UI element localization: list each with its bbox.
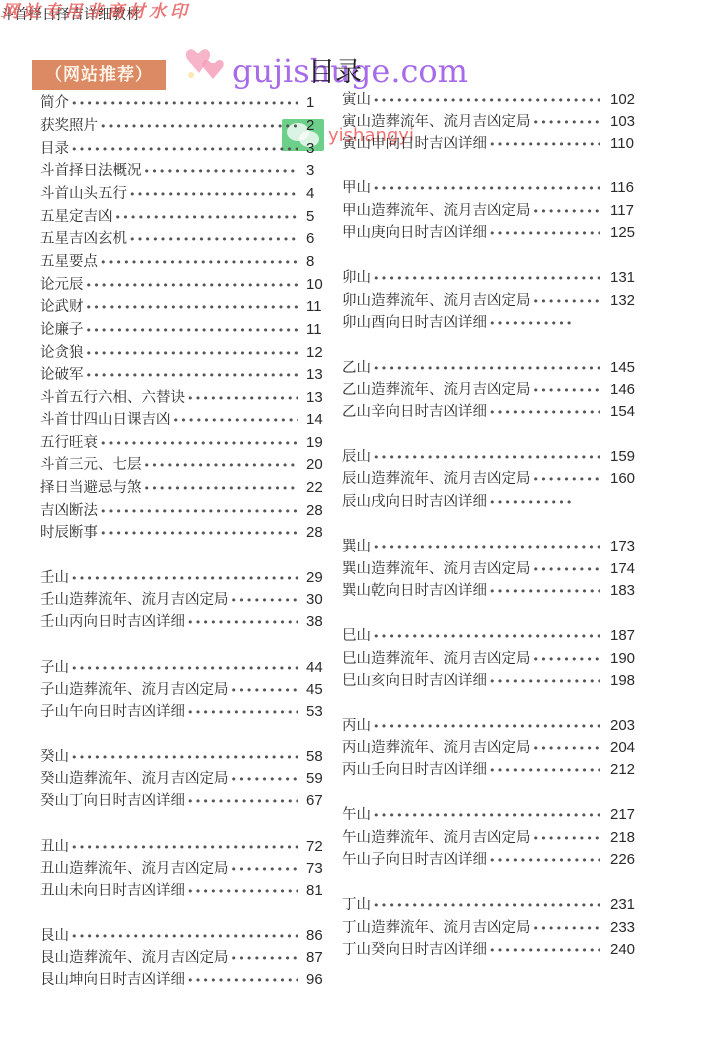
toc-entry-title: 斗首廿四山日课吉凶 [40,408,171,429]
toc-entry[interactable]: 癸山造葬流年、流月吉凶定局•••••••••••••••••••••••••••… [40,767,330,789]
leader-dots: ••••••••••••••••••••••••••••••••••••••••… [373,541,600,554]
toc-entry-title: 壬山丙向日时吉凶详细 [40,610,185,631]
toc-entry[interactable]: 甲山造葬流年、流月吉凶定局•••••••••••••••••••••••••••… [342,199,642,221]
toc-entry[interactable]: 斗首择日法概况•••••••••••••••••••••••••••••••••… [40,159,330,181]
toc-entry-title: 斗首择日法概况 [40,159,142,180]
leader-dots: ••••••••••••••••••••••••••••••••••••••••… [533,653,601,666]
toc-entry[interactable]: 丙山壬向日时吉凶详细••••••••••••••••••••••••••••••… [342,758,642,780]
toc-entry[interactable]: 乙山辛向日时吉凶详细••••••••••••••••••••••••••••••… [342,400,642,422]
toc-entry-page: 13 [300,389,330,406]
leader-dots: ••••••••••••••••••••••••••••••••••••••••… [187,885,298,898]
toc-entry-page: 233 [602,919,642,936]
toc-entry-title: 乙山 [342,356,371,377]
toc-entry-page: 2 [300,117,330,134]
toc-entry[interactable]: 乙山••••••••••••••••••••••••••••••••••••••… [342,356,642,378]
toc-entry-title: 丙山壬向日时吉凶详细 [342,758,487,779]
leader-dots: ••••••••••••••••••••••••••••••••••••••••… [231,773,299,786]
toc-entry[interactable]: 卯山酉向日时吉凶详细••••••••••••••••••••••••••••••… [342,311,642,333]
toc-entry-page: 190 [602,650,642,667]
toc-entry-title: 卯山酉向日时吉凶详细 [342,311,487,332]
leader-dots: ••••••••••••••••••••••••••••••••••••••••… [187,706,298,719]
leader-dots: ••••••••••••••••••••••••••••••••••••••••… [129,233,298,246]
toc-entry-title: 丑山未向日时吉凶详细 [40,879,185,900]
toc-entry-title: 丁山造葬流年、流月吉凶定局 [342,916,531,937]
toc-entry-title: 艮山 [40,924,69,945]
toc-entry-title: 丑山 [40,835,69,856]
toc-entry-title: 论贪狼 [40,341,84,362]
toc-entry-page: 1 [300,94,330,111]
toc-entry[interactable]: 论廉子•••••••••••••••••••••••••••••••••••••… [40,318,330,340]
toc-entry-page: 28 [300,502,330,519]
leader-dots: ••••••••••••••••••••••••••••••••••••••••… [489,675,600,688]
toc-entry-title: 五星要点 [40,250,98,271]
leader-dots: ••••••••••••••••••••••••••••••••••••••••… [100,505,298,518]
toc-entry-title: 甲山 [342,176,371,197]
toc-entry-title: 艮山造葬流年、流月吉凶定局 [40,946,229,967]
toc-entry[interactable]: 获奖照片••••••••••••••••••••••••••••••••••••… [40,114,330,136]
toc-entry[interactable]: 巳山造葬流年、流月吉凶定局•••••••••••••••••••••••••••… [342,647,642,669]
toc-entry-page: 145 [602,359,642,376]
toc-entry[interactable]: 甲山••••••••••••••••••••••••••••••••••••••… [342,176,642,198]
toc-entry-page: 13 [300,366,330,383]
toc-entry-title: 吉凶断法 [40,499,98,520]
leader-dots: ••••••••••••••••••••••••••••••••••••••••… [71,751,298,764]
leader-dots: ••••••••••••••••••••••••••••••••••••••••… [71,841,298,854]
toc-entry[interactable]: 论元辰•••••••••••••••••••••••••••••••••••••… [40,273,330,295]
toc-entry-page: 8 [300,253,330,270]
leader-dots: ••••••••••••••••••••••••••••••••••••••••… [373,182,600,195]
toc-entry[interactable]: 论贪狼•••••••••••••••••••••••••••••••••••••… [40,341,330,363]
toc-entry-page: 103 [602,113,642,130]
toc-entry-page: 19 [300,434,330,451]
leader-dots: ••••••••••••••••••••••••••••••••••••••••… [144,459,299,472]
toc-entry-title: 癸山 [40,745,69,766]
toc-entry[interactable]: 癸山丁向日时吉凶详细••••••••••••••••••••••••••••••… [40,789,330,811]
leader-dots: ••••••••••••••••••••••••••••••••••••••••… [115,211,299,224]
toc-heading: 目录 [308,50,362,89]
leader-dots: ••••••••••••••••••••••••••••••••••••••••… [533,563,601,576]
toc-entry-title: 论廉子 [40,318,84,339]
toc-entry-title: 五星吉凶玄机 [40,227,127,248]
toc-entry-page: 183 [602,582,642,599]
toc-entry-page: 154 [602,403,642,420]
toc-entry-page: 14 [300,411,330,428]
toc-entry-page: 102 [602,91,642,108]
leader-dots: ••••••••••••••••••••••••••••••••••••••••… [533,205,601,218]
toc-entry-title: 巽山乾向日时吉凶详细 [342,579,487,600]
leader-dots: ••••••••••••••••••••••••••••••••••••••••… [187,392,298,405]
toc-entry-page: 110 [602,135,642,152]
toc-entry-title: 甲山造葬流年、流月吉凶定局 [342,199,531,220]
toc-entry[interactable]: 巳山••••••••••••••••••••••••••••••••••••••… [342,624,642,646]
toc-entry-title: 甲山庚向日时吉凶详细 [342,221,487,242]
leader-dots: ••••••••••••••••••••••••••••••••••••••••… [71,97,298,110]
leader-dots: ••••••••••••••••••••••••••••••••••••••••… [489,317,571,330]
leader-dots: ••••••••••••••••••••••••••••••••••••••••… [373,451,600,464]
toc-entry[interactable]: 壬山丙向日时吉凶详细••••••••••••••••••••••••••••••… [40,610,330,632]
toc-entry[interactable]: 卯山••••••••••••••••••••••••••••••••••••••… [342,266,642,288]
leader-dots: ••••••••••••••••••••••••••••••••••••••••… [100,256,298,269]
leader-dots: ••••••••••••••••••••••••••••••••••••••••… [533,922,601,935]
toc-entry[interactable]: 辰山戌向日时吉凶详细••••••••••••••••••••••••••••••… [342,490,642,512]
toc-entry-page: 159 [602,448,642,465]
toc-entry-title: 卯山 [342,266,371,287]
toc-entry-page: 6 [300,230,330,247]
toc-entry[interactable]: 斗首五行六相、六替诀••••••••••••••••••••••••••••••… [40,386,330,408]
toc-entry-page: 160 [602,470,642,487]
toc-entry[interactable]: 巽山••••••••••••••••••••••••••••••••••••••… [342,535,642,557]
leader-dots: ••••••••••••••••••••••••••••••••••••••••… [86,369,299,382]
toc-entry-page: 204 [602,739,642,756]
toc-entry-title: 巳山 [342,624,371,645]
leader-dots: ••••••••••••••••••••••••••••••••••••••••… [144,165,299,178]
toc-entry-title: 午山造葬流年、流月吉凶定局 [342,826,531,847]
leader-dots: ••••••••••••••••••••••••••••••••••••••••… [533,384,601,397]
toc-entry-page: 28 [300,524,330,541]
toc-entry-title: 论破军 [40,363,84,384]
toc-entry-title: 辰山戌向日时吉凶详细 [342,490,487,511]
toc-entry-page: 53 [300,703,330,720]
leader-dots: ••••••••••••••••••••••••••••••••••••••••… [533,295,601,308]
leader-dots: ••••••••••••••••••••••••••••••••••••••••… [187,974,298,987]
recommend-badge: （网站推荐） [32,60,166,90]
leader-dots: ••••••••••••••••••••••••••••••••••••••••… [86,324,299,337]
toc-entry-title: 乙山辛向日时吉凶详细 [342,400,487,421]
leader-dots: ••••••••••••••••••••••••••••••••••••••••… [489,585,600,598]
toc-entry[interactable]: 午山子向日时吉凶详细••••••••••••••••••••••••••••••… [342,848,642,870]
toc-entry-page: 20 [300,456,330,473]
toc-entry-page: 174 [602,560,642,577]
toc-entry[interactable]: 艮山••••••••••••••••••••••••••••••••••••••… [40,924,330,946]
leader-dots: ••••••••••••••••••••••••••••••••••••••••… [86,301,299,314]
leader-dots: ••••••••••••••••••••••••••••••••••••••••… [373,94,600,107]
toc-entry[interactable]: 丑山••••••••••••••••••••••••••••••••••••••… [40,835,330,857]
leader-dots: ••••••••••••••••••••••••••••••••••••••••… [373,899,600,912]
toc-entry-title: 午山子向日时吉凶详细 [342,848,487,869]
toc-entry[interactable]: 壬山造葬流年、流月吉凶定局•••••••••••••••••••••••••••… [40,588,330,610]
leader-dots: ••••••••••••••••••••••••••••••••••••••••… [187,616,298,629]
leader-dots: ••••••••••••••••••••••••••••••••••••••••… [231,863,299,876]
leader-dots: ••••••••••••••••••••••••••••••••••••••••… [86,279,299,292]
toc-entry[interactable]: 丙山造葬流年、流月吉凶定局•••••••••••••••••••••••••••… [342,736,642,758]
leader-dots: ••••••••••••••••••••••••••••••••••••••••… [173,414,299,427]
toc-entry-page: 11 [300,321,330,338]
toc-entry[interactable]: 子山造葬流年、流月吉凶定局•••••••••••••••••••••••••••… [40,678,330,700]
toc-entry[interactable]: 甲山庚向日时吉凶详细••••••••••••••••••••••••••••••… [342,221,642,243]
toc-entry-page: 11 [300,298,330,315]
toc-entry[interactable]: 午山••••••••••••••••••••••••••••••••••••••… [342,803,642,825]
toc-entry[interactable]: 时辰断事••••••••••••••••••••••••••••••••••••… [40,521,330,543]
toc-entry-title: 斗首三元、七层 [40,453,142,474]
toc-entry-title: 寅山 [342,88,371,109]
toc-entry[interactable]: 丑山未向日时吉凶详细••••••••••••••••••••••••••••••… [40,879,330,901]
toc-entry-title: 五行旺衰 [40,431,98,452]
toc-entry-title: 艮山坤向日时吉凶详细 [40,968,185,989]
toc-entry-title: 巽山 [342,535,371,556]
toc-entry-title: 丙山 [342,714,371,735]
toc-entry[interactable]: 五星要点••••••••••••••••••••••••••••••••••••… [40,250,330,272]
toc-entry-title: 丁山癸向日时吉凶详细 [342,938,487,959]
toc-entry-page: 87 [300,949,330,966]
toc-entry[interactable]: 丁山癸向日时吉凶详细••••••••••••••••••••••••••••••… [342,938,642,960]
toc-entry-title: 寅山申向日时吉凶详细 [342,132,487,153]
toc-entry[interactable]: 五行旺衰••••••••••••••••••••••••••••••••••••… [40,431,330,453]
hearts-icon [183,45,233,85]
leader-dots: ••••••••••••••••••••••••••••••••••••••••… [489,764,600,777]
leader-dots: ••••••••••••••••••••••••••••••••••••••••… [100,437,298,450]
leader-dots: ••••••••••••••••••••••••••••••••••••••••… [373,362,600,375]
toc-entry-title: 斗首五行六相、六替诀 [40,386,185,407]
leader-dots: ••••••••••••••••••••••••••••••••••••••••… [71,143,298,156]
toc-entry[interactable]: 壬山••••••••••••••••••••••••••••••••••••••… [40,566,330,588]
toc-entry-page: 218 [602,829,642,846]
toc-entry-page: 217 [602,806,642,823]
toc-entry[interactable]: 辰山造葬流年、流月吉凶定局•••••••••••••••••••••••••••… [342,467,642,489]
toc-entry[interactable]: 辰山••••••••••••••••••••••••••••••••••••••… [342,445,642,467]
toc-entry[interactable]: 吉凶断法••••••••••••••••••••••••••••••••••••… [40,499,330,521]
toc-entry-page: 5 [300,208,330,225]
toc-entry[interactable]: 卯山造葬流年、流月吉凶定局•••••••••••••••••••••••••••… [342,289,642,311]
toc-entry-title: 巳山造葬流年、流月吉凶定局 [342,647,531,668]
toc-entry[interactable]: 论破军•••••••••••••••••••••••••••••••••••••… [40,363,330,385]
toc-entry-page: 30 [300,591,330,608]
toc-entry-title: 丙山造葬流年、流月吉凶定局 [342,736,531,757]
toc-entry-title: 辰山造葬流年、流月吉凶定局 [342,467,531,488]
toc-entry-title: 目录 [40,137,69,158]
toc-entry-page: 45 [300,681,330,698]
toc-entry-page: 146 [602,381,642,398]
toc-entry[interactable]: 丑山造葬流年、流月吉凶定局•••••••••••••••••••••••••••… [40,857,330,879]
toc-entry-title: 斗首山头五行 [40,182,127,203]
toc-entry-page: 198 [602,672,642,689]
toc-entry[interactable]: 丁山造葬流年、流月吉凶定局•••••••••••••••••••••••••••… [342,916,642,938]
toc-entry[interactable]: 艮山造葬流年、流月吉凶定局•••••••••••••••••••••••••••… [40,946,330,968]
toc-entry[interactable]: 丁山••••••••••••••••••••••••••••••••••••••… [342,893,642,915]
toc-entry-page: 10 [300,276,330,293]
toc-entry[interactable]: 斗首廿四山日课吉凶•••••••••••••••••••••••••••••••… [40,408,330,430]
toc-entry[interactable]: 简介••••••••••••••••••••••••••••••••••••••… [40,91,330,113]
toc-entry-page: 59 [300,770,330,787]
leader-dots: ••••••••••••••••••••••••••••••••••••••••… [489,854,600,867]
leader-dots: ••••••••••••••••••••••••••••••••••••••••… [71,572,298,585]
toc-entry-title: 论武财 [40,295,84,316]
leader-dots: ••••••••••••••••••••••••••••••••••••••••… [231,594,299,607]
toc-entry-page: 132 [602,292,642,309]
leader-dots: ••••••••••••••••••••••••••••••••••••••••… [129,188,298,201]
toc-entry-title: 癸山造葬流年、流月吉凶定局 [40,767,229,788]
toc-entry-page: 12 [300,344,330,361]
leader-dots: ••••••••••••••••••••••••••••••••••••••••… [86,347,299,360]
toc-entry-page: 81 [300,882,330,899]
toc-entry-page: 203 [602,717,642,734]
toc-entry[interactable]: 五星吉凶玄机••••••••••••••••••••••••••••••••••… [40,227,330,249]
leader-dots: ••••••••••••••••••••••••••••••••••••••••… [373,272,600,285]
toc-entry-title: 子山造葬流年、流月吉凶定局 [40,678,229,699]
toc-entry-title: 辰山 [342,445,371,466]
toc-entry-page: 226 [602,851,642,868]
toc-entry-page: 231 [602,896,642,913]
toc-entry[interactable]: 巽山造葬流年、流月吉凶定局•••••••••••••••••••••••••••… [342,557,642,579]
toc-entry-page: 117 [602,202,642,219]
leader-dots: ••••••••••••••••••••••••••••••••••••••••… [231,952,299,965]
toc-entry-title: 获奖照片 [40,114,98,135]
toc-entry-page: 3 [300,140,330,157]
toc-entry-page: 3 [300,162,330,179]
toc-entry-title: 简介 [40,91,69,112]
toc-entry[interactable]: 乙山造葬流年、流月吉凶定局•••••••••••••••••••••••••••… [342,378,642,400]
toc-entry-page: 116 [602,179,642,196]
leader-dots: ••••••••••••••••••••••••••••••••••••••••… [144,482,299,495]
leader-dots: ••••••••••••••••••••••••••••••••••••••••… [489,944,600,957]
toc-entry-title: 论元辰 [40,273,84,294]
toc-entry-title: 乙山造葬流年、流月吉凶定局 [342,378,531,399]
toc-entry-page: 240 [602,941,642,958]
toc-entry-page: 38 [300,613,330,630]
toc-entry-title: 丑山造葬流年、流月吉凶定局 [40,857,229,878]
leader-dots: ••••••••••••••••••••••••••••••••••••••••… [373,809,600,822]
toc-entry-page: 29 [300,569,330,586]
toc-entry[interactable]: 丙山••••••••••••••••••••••••••••••••••••••… [342,714,642,736]
toc-entry[interactable]: 五星定吉凶•••••••••••••••••••••••••••••••••••… [40,205,330,227]
toc-entry[interactable]: 寅山••••••••••••••••••••••••••••••••••••••… [342,88,642,110]
leader-dots: ••••••••••••••••••••••••••••••••••••••••… [100,120,298,133]
leader-dots: ••••••••••••••••••••••••••••••••••••••••… [533,116,601,129]
toc-entry[interactable]: 斗首山头五行••••••••••••••••••••••••••••••••••… [40,182,330,204]
leader-dots: ••••••••••••••••••••••••••••••••••••••••… [373,720,600,733]
toc-entry-title: 壬山 [40,566,69,587]
toc-entry-title: 癸山丁向日时吉凶详细 [40,789,185,810]
toc-entry[interactable]: 目录••••••••••••••••••••••••••••••••••••••… [40,137,330,159]
toc-entry[interactable]: 斗首三元、七层•••••••••••••••••••••••••••••••••… [40,453,330,475]
leader-dots: ••••••••••••••••••••••••••••••••••••••••… [533,742,601,755]
leader-dots: ••••••••••••••••••••••••••••••••••••••••… [533,473,601,486]
toc-entry[interactable]: 寅山申向日时吉凶详细••••••••••••••••••••••••••••••… [342,132,642,154]
toc-entry-page: 125 [602,224,642,241]
toc-entry-page: 44 [300,659,330,676]
toc-entry-title: 子山 [40,656,69,677]
toc-entry-page: 86 [300,927,330,944]
toc-entry[interactable]: 巳山亥向日时吉凶详细••••••••••••••••••••••••••••••… [342,669,642,691]
toc-entry-page: 212 [602,761,642,778]
toc-entry-title: 巽山造葬流年、流月吉凶定局 [342,557,531,578]
toc-entry-page: 67 [300,792,330,809]
leader-dots: ••••••••••••••••••••••••••••••••••••••••… [489,138,600,151]
toc-entry[interactable]: 艮山坤向日时吉凶详细••••••••••••••••••••••••••••••… [40,968,330,990]
toc-entry-title: 时辰断事 [40,521,98,542]
toc-entry[interactable]: 巽山乾向日时吉凶详细••••••••••••••••••••••••••••••… [342,579,642,601]
toc-entry[interactable]: 癸山••••••••••••••••••••••••••••••••••••••… [40,745,330,767]
toc-entry-title: 午山 [342,803,371,824]
toc-entry-page: 187 [602,627,642,644]
toc-entry[interactable]: 子山••••••••••••••••••••••••••••••••••••••… [40,656,330,678]
toc-entry[interactable]: 午山造葬流年、流月吉凶定局•••••••••••••••••••••••••••… [342,826,642,848]
leader-dots: ••••••••••••••••••••••••••••••••••••••••… [71,930,298,943]
toc-entry-page: 4 [300,185,330,202]
top-watermark: 网站专用非商材水印 [2,0,191,22]
toc-entry[interactable]: 子山午向日时吉凶详细••••••••••••••••••••••••••••••… [40,700,330,722]
toc-entry-title: 五星定吉凶 [40,205,113,226]
leader-dots: ••••••••••••••••••••••••••••••••••••••••… [489,227,600,240]
toc-entry[interactable]: 择日当避忌与煞•••••••••••••••••••••••••••••••••… [40,476,330,498]
toc-entry-title: 丁山 [342,893,371,914]
leader-dots: ••••••••••••••••••••••••••••••••••••••••… [100,527,298,540]
toc-entry-title: 择日当避忌与煞 [40,476,142,497]
toc-entry[interactable]: 寅山造葬流年、流月吉凶定局•••••••••••••••••••••••••••… [342,110,642,132]
leader-dots: ••••••••••••••••••••••••••••••••••••••••… [373,630,600,643]
toc-entry-page: 96 [300,971,330,988]
leader-dots: ••••••••••••••••••••••••••••••••••••••••… [489,496,571,509]
toc-entry-page: 173 [602,538,642,555]
toc-entry-title: 寅山造葬流年、流月吉凶定局 [342,110,531,131]
toc-entry-title: 卯山造葬流年、流月吉凶定局 [342,289,531,310]
leader-dots: ••••••••••••••••••••••••••••••••••••••••… [187,795,298,808]
toc-entry-page: 58 [300,748,330,765]
toc-entry-title: 壬山造葬流年、流月吉凶定局 [40,588,229,609]
leader-dots: ••••••••••••••••••••••••••••••••••••••••… [71,662,298,675]
leader-dots: ••••••••••••••••••••••••••••••••••••••••… [489,406,600,419]
leader-dots: ••••••••••••••••••••••••••••••••••••••••… [533,832,601,845]
toc-entry-page: 73 [300,860,330,877]
toc-entry-page: 22 [300,479,330,496]
toc-entry-title: 巳山亥向日时吉凶详细 [342,669,487,690]
toc-entry[interactable]: 论武财•••••••••••••••••••••••••••••••••••••… [40,295,330,317]
toc-entry-page: 131 [602,269,642,286]
toc-entry-title: 子山午向日时吉凶详细 [40,700,185,721]
toc-entry-page: 72 [300,838,330,855]
leader-dots: ••••••••••••••••••••••••••••••••••••••••… [231,684,299,697]
